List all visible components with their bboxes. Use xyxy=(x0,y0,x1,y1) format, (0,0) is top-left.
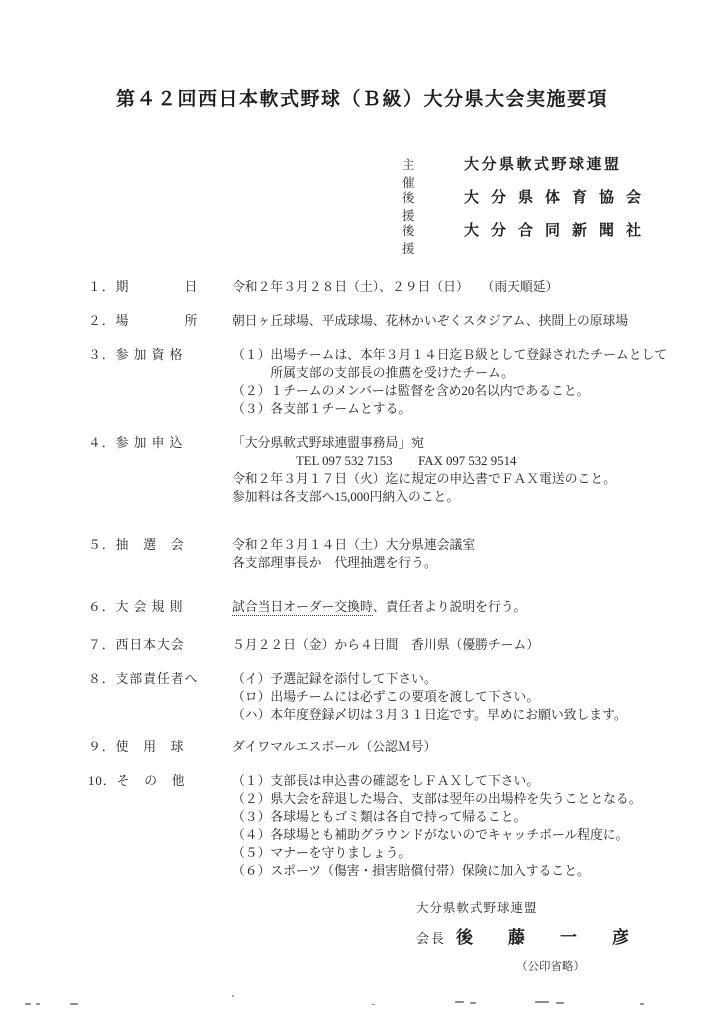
section-row: ４．参 加 申 込「大分県軟式野球連盟事務局」宛 TEL 097 532 715… xyxy=(88,434,684,506)
section-line: （１）出場チームは、本年３月１４日迄Ｂ級として登録されたチームとして xyxy=(232,346,684,364)
organizer-name: 大分県体育協会 xyxy=(464,186,653,207)
section-label: ２．場 所 xyxy=(88,312,232,330)
section-line: （ロ）出場チームには必ずこの要項を渡して下さい。 xyxy=(232,688,684,706)
scan-noise xyxy=(640,1003,644,1005)
section-row: ３．参 加 資 格（１）出場チームは、本年３月１４日迄Ｂ級として登録されたチーム… xyxy=(88,346,684,418)
organizer-name: 大分合同新聞社 xyxy=(464,219,653,240)
section-line: 令和２年３月１４日（土）大分県連会議室 xyxy=(232,536,684,554)
section-line: （２）１チームのメンバーは監督を含め20名以内であること。 xyxy=(232,382,684,400)
section-content: ダイワマルエスボール（公認Ｍ号） xyxy=(232,738,684,756)
section-line: ５月２２日（金）から４日間 香川県（優勝チーム） xyxy=(232,636,684,654)
section-line: （２）県大会を辞退した場合、支部は翌年の出場枠を失うこととなる。 xyxy=(232,790,684,808)
section-line: TEL 097 532 7153 FAX 097 532 9514 xyxy=(232,452,684,470)
section-label: ３．参 加 資 格 xyxy=(88,346,232,418)
section-line: （５）マナーを守りましょう。 xyxy=(232,844,684,862)
organizer-name: 大分県軟式野球連盟 xyxy=(464,153,622,174)
signature-name-row: 会長後 藤 一 彦 xyxy=(416,923,724,948)
section-line: （６）スポーツ（傷害・損害賠償付帯）保険に加入すること。 xyxy=(232,862,684,880)
section-line: 試合当日オーダー交換時、責任者より説明を行う。 xyxy=(232,598,684,616)
section-line: （４）各球場とも補助グラウンドがないのでキャッチボール程度に。 xyxy=(232,826,684,844)
section-content: 試合当日オーダー交換時、責任者より説明を行う。 xyxy=(232,598,684,616)
section-label: ８．支部責任者へ xyxy=(88,670,232,724)
section-content: 令和２年３月１４日（土）大分県連会議室各支部理事長か 代理抽選を行う。 xyxy=(232,536,684,572)
section-content: 令和２年３月２８日（土）、２９日（日） （雨天順延） xyxy=(232,278,684,296)
section-line: 「大分県軟式野球連盟事務局」宛 xyxy=(232,434,684,452)
section-row: 10．そ の 他（１）支部長は申込書の確認をしＦＡＸして下さい。（２）県大会を辞… xyxy=(88,772,684,880)
scan-noise xyxy=(70,1003,78,1005)
section-line: （３）各球場ともゴミ類は各自で持って帰ること。 xyxy=(232,808,684,826)
section-label: ７．西日本大会 xyxy=(88,636,232,654)
scan-noise xyxy=(556,1002,564,1004)
organizer-row: 主 催大分県軟式野球連盟 xyxy=(402,153,724,186)
scan-noise xyxy=(535,1001,549,1003)
section-line: ダイワマルエスボール（公認Ｍ号） xyxy=(232,738,684,756)
scanned-document-page: 第４２回西日本軟式野球（Ｂ級）大分県大会実施要項 主 催大分県軟式野球連盟後 援… xyxy=(0,0,724,1024)
underlined-text: 試合当日オーダー交換時 xyxy=(232,600,373,616)
organizer-row: 後 援大分合同新聞社 xyxy=(402,219,724,252)
section-content: （１）出場チームは、本年３月１４日迄Ｂ級として登録されたチームとして 所属支部の… xyxy=(232,346,684,418)
organizer-row: 後 援大分県体育協会 xyxy=(402,186,724,219)
section-content: 「大分県軟式野球連盟事務局」宛 TEL 097 532 7153 FAX 097… xyxy=(232,434,684,506)
sections: １．期 日令和２年３月２８日（土）、２９日（日） （雨天順延）２．場 所朝日ヶ丘… xyxy=(88,278,684,880)
organizer-role-label: 主 催 xyxy=(402,155,464,191)
scan-noise xyxy=(455,1001,464,1003)
section-line: 令和２年３月１７日（火）迄に規定の申込書でＦＡＸ電送のこと。 xyxy=(232,470,684,488)
section-row: ６．大 会 規 則試合当日オーダー交換時、責任者より説明を行う。 xyxy=(88,598,684,616)
scan-noise xyxy=(372,1004,375,1005)
section-label: １．期 日 xyxy=(88,278,232,296)
section-label: ４．参 加 申 込 xyxy=(88,434,232,506)
section-line: 朝日ヶ丘球場、平成球場、花林かいぞくスタジアム、挟間上の原球場 xyxy=(232,312,684,330)
section-line: （３）各支部１チームとする。 xyxy=(232,400,684,418)
section-label: ６．大 会 規 則 xyxy=(88,598,232,616)
organizer-block: 主 催大分県軟式野球連盟後 援大分県体育協会後 援大分合同新聞社 xyxy=(402,153,724,252)
section-row: ７．西日本大会５月２２日（金）から４日間 香川県（優勝チーム） xyxy=(88,636,684,654)
scan-noise xyxy=(470,1002,476,1004)
section-row: ５．抽 選 会令和２年３月１４日（土）大分県連会議室各支部理事長か 代理抽選を行… xyxy=(88,536,684,572)
scan-noise xyxy=(232,995,234,997)
section-line: 令和２年３月２８日（土）、２９日（日） （雨天順延） xyxy=(232,278,684,296)
section-row: ８．支部責任者へ（イ）予選記録を添付して下さい。（ロ）出場チームには必ずこの要項… xyxy=(88,670,684,724)
scan-noise xyxy=(25,1003,31,1005)
scan-noise xyxy=(36,1003,40,1005)
signature-seal-note: （公印省略） xyxy=(516,958,724,974)
signature-block: 大分県軟式野球連盟 会長後 藤 一 彦 （公印省略） xyxy=(416,898,724,974)
section-content: （１）支部長は申込書の確認をしＦＡＸして下さい。（２）県大会を辞退した場合、支部… xyxy=(232,772,684,880)
section-label: 10．そ の 他 xyxy=(88,772,232,880)
section-line: 所属支部の支部長の推薦を受けたチーム。 xyxy=(232,364,684,382)
section-content: ５月２２日（金）から４日間 香川県（優勝チーム） xyxy=(232,636,684,654)
section-row: ２．場 所朝日ヶ丘球場、平成球場、花林かいぞくスタジアム、挟間上の原球場 xyxy=(88,312,684,330)
organizer-role-label: 後 援 xyxy=(402,221,464,257)
section-row: ９．使 用 球ダイワマルエスボール（公認Ｍ号） xyxy=(88,738,684,756)
signature-name: 後 藤 一 彦 xyxy=(456,928,638,947)
section-line: （１）支部長は申込書の確認をしＦＡＸして下さい。 xyxy=(232,772,684,790)
signature-organization: 大分県軟式野球連盟 xyxy=(416,898,724,916)
organizer-role-label: 後 援 xyxy=(402,188,464,224)
section-line: （イ）予選記録を添付して下さい。 xyxy=(232,670,684,688)
document-title: 第４２回西日本軟式野球（Ｂ級）大分県大会実施要項 xyxy=(0,84,724,111)
section-line: （ハ）本年度登録〆切は３月３１日迄です。早めにお願い致します。 xyxy=(232,706,684,724)
section-label: ９．使 用 球 xyxy=(88,738,232,756)
section-content: （イ）予選記録を添付して下さい。（ロ）出場チームには必ずこの要項を渡して下さい。… xyxy=(232,670,684,724)
text: 、責任者より説明を行う。 xyxy=(373,600,527,614)
section-content: 朝日ヶ丘球場、平成球場、花林かいぞくスタジアム、挟間上の原球場 xyxy=(232,312,684,330)
section-line: 各支部理事長か 代理抽選を行う。 xyxy=(232,554,684,572)
section-line: 参加料は各支部へ15,000円納入のこと。 xyxy=(232,488,684,506)
signature-role: 会長 xyxy=(416,931,446,946)
section-row: １．期 日令和２年３月２８日（土）、２９日（日） （雨天順延） xyxy=(88,278,684,296)
section-label: ５．抽 選 会 xyxy=(88,536,232,572)
